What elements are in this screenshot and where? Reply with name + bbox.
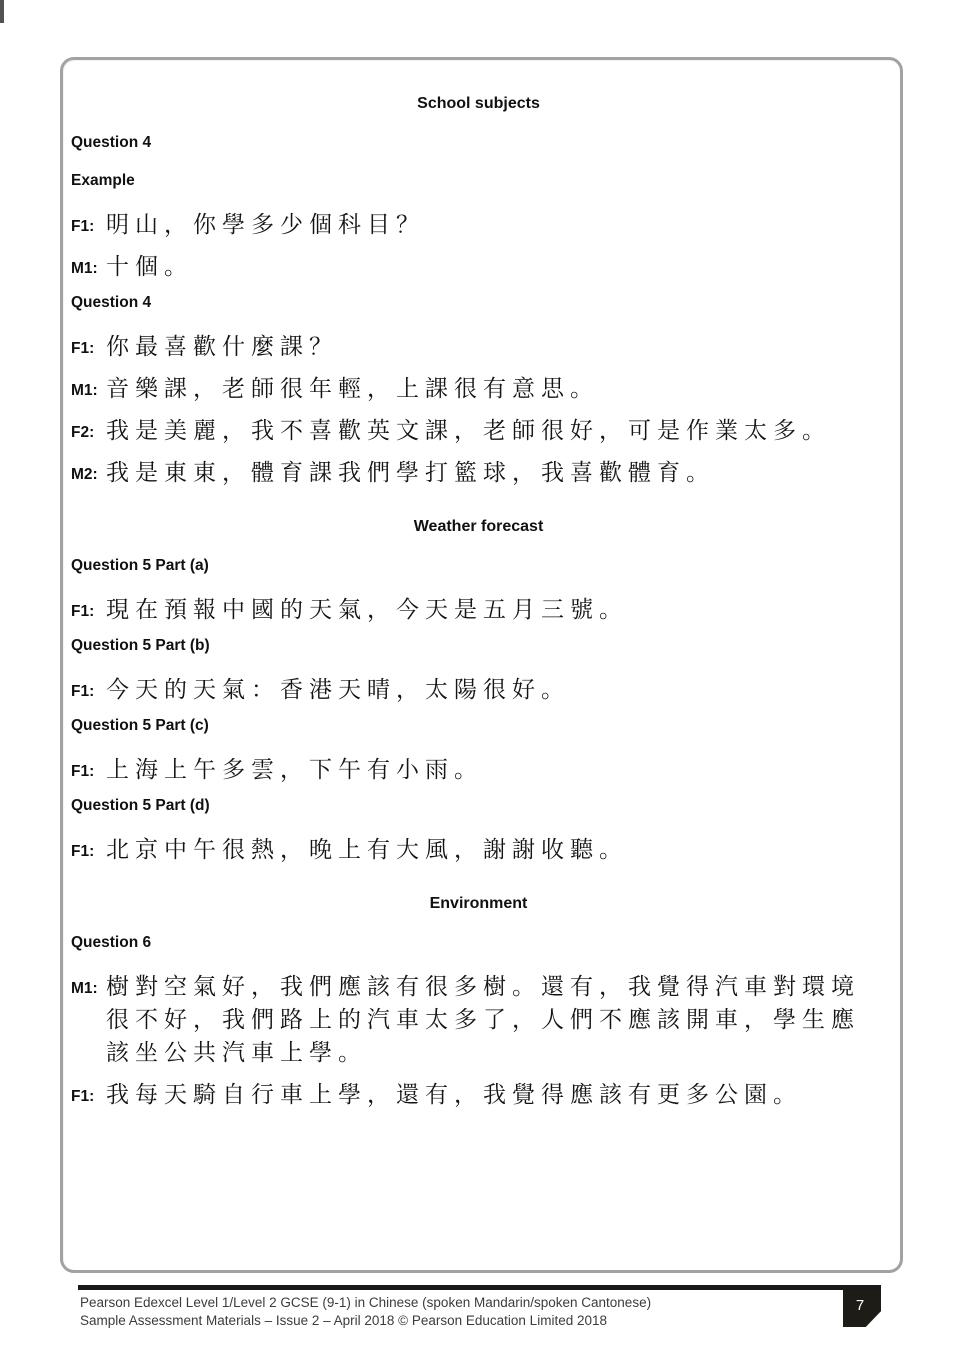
dialogue-row: M1:十個。	[71, 251, 886, 284]
question-heading: Question 6	[71, 933, 886, 952]
dialogue-text: 十個。	[106, 251, 886, 284]
dialogue-text: 今天的天氣：香港天晴，太陽很好。	[106, 674, 886, 707]
speaker-label: F2:	[71, 415, 106, 442]
speaker-label: F1:	[71, 674, 106, 701]
speaker-label: F1:	[71, 331, 106, 358]
speaker-label: F1:	[71, 594, 106, 621]
scan-edge-artifact	[0, 0, 4, 23]
question-heading: Question 5 Part (a)	[71, 556, 886, 575]
speaker-label: M1:	[71, 251, 106, 278]
dialogue-row: F1:你最喜歡什麼課？	[71, 331, 886, 364]
dialogue-text: 明山，你學多少個科目？	[106, 209, 886, 242]
footer-line-2: Sample Assessment Materials – Issue 2 – …	[80, 1312, 651, 1330]
dialogue-text: 你最喜歡什麼課？	[106, 331, 886, 364]
speaker-label: F1:	[71, 834, 106, 861]
section-title: School subjects	[71, 94, 886, 113]
page-number: 7	[856, 1290, 868, 1322]
section-title: Environment	[71, 894, 886, 913]
dialogue-text: 我是美麗，我不喜歡英文課，老師很好，可是作業太多。	[106, 415, 886, 448]
transcript-box: School subjectsQuestion 4ExampleF1:明山，你學…	[60, 57, 903, 1273]
dialogue-row: F1:我每天騎自行車上學，還有，我覺得應該有更多公園。	[71, 1079, 886, 1112]
dialogue-text: 現在預報中國的天氣，今天是五月三號。	[106, 594, 886, 627]
transcript-section: School subjectsQuestion 4ExampleF1:明山，你學…	[71, 94, 886, 490]
dialogue-row: F1:明山，你學多少個科目？	[71, 209, 886, 242]
speaker-label: M1:	[71, 971, 106, 998]
question-heading: Question 5 Part (c)	[71, 716, 886, 735]
page-number-badge: 7	[843, 1290, 881, 1327]
question-heading: Question 5 Part (d)	[71, 796, 886, 815]
dialogue-text: 我每天騎自行車上學，還有，我覺得應該有更多公園。	[106, 1079, 886, 1112]
question-heading: Question 5 Part (b)	[71, 636, 886, 655]
transcript-section: Weather forecastQuestion 5 Part (a)F1:現在…	[71, 517, 886, 867]
transcript-section: EnvironmentQuestion 6M1:樹對空氣好，我們應該有很多樹。還…	[71, 894, 886, 1112]
footer-line-1: Pearson Edexcel Level 1/Level 2 GCSE (9-…	[80, 1294, 651, 1312]
dialogue-text: 北京中午很熱，晚上有大風，謝謝收聽。	[106, 834, 886, 867]
dialogue-row: M1:音樂課，老師很年輕，上課很有意思。	[71, 373, 886, 406]
dialogue-row: M1:樹對空氣好，我們應該有很多樹。還有，我覺得汽車對環境很不好，我們路上的汽車…	[71, 971, 886, 1070]
question-heading: Question 4	[71, 133, 886, 152]
speaker-label: M1:	[71, 373, 106, 400]
dialogue-row: F1:現在預報中國的天氣，今天是五月三號。	[71, 594, 886, 627]
section-title: Weather forecast	[71, 517, 886, 536]
speaker-label: F1:	[71, 209, 106, 236]
dialogue-row: F1:上海上午多雲，下午有小雨。	[71, 754, 886, 787]
speaker-label: F1:	[71, 1079, 106, 1106]
dialogue-row: F1:北京中午很熱，晚上有大風，謝謝收聽。	[71, 834, 886, 867]
speaker-label: F1:	[71, 754, 106, 781]
dialogue-row: F2:我是美麗，我不喜歡英文課，老師很好，可是作業太多。	[71, 415, 886, 448]
dialogue-row: F1:今天的天氣：香港天晴，太陽很好。	[71, 674, 886, 707]
speaker-label: M2:	[71, 457, 106, 484]
dialogue-text: 音樂課，老師很年輕，上課很有意思。	[106, 373, 886, 406]
footer-rule	[78, 1285, 881, 1290]
dialogue-row: M2:我是東東，體育課我們學打籃球，我喜歡體育。	[71, 457, 886, 490]
dialogue-text: 我是東東，體育課我們學打籃球，我喜歡體育。	[106, 457, 886, 490]
dialogue-text: 上海上午多雲，下午有小雨。	[106, 754, 886, 787]
page-footer: Pearson Edexcel Level 1/Level 2 GCSE (9-…	[80, 1294, 651, 1329]
transcript-sections: School subjectsQuestion 4ExampleF1:明山，你學…	[71, 94, 886, 1112]
question-heading: Question 4	[71, 293, 886, 312]
dialogue-text: 樹對空氣好，我們應該有很多樹。還有，我覺得汽車對環境很不好，我們路上的汽車太多了…	[106, 971, 886, 1070]
question-heading: Example	[71, 171, 886, 190]
